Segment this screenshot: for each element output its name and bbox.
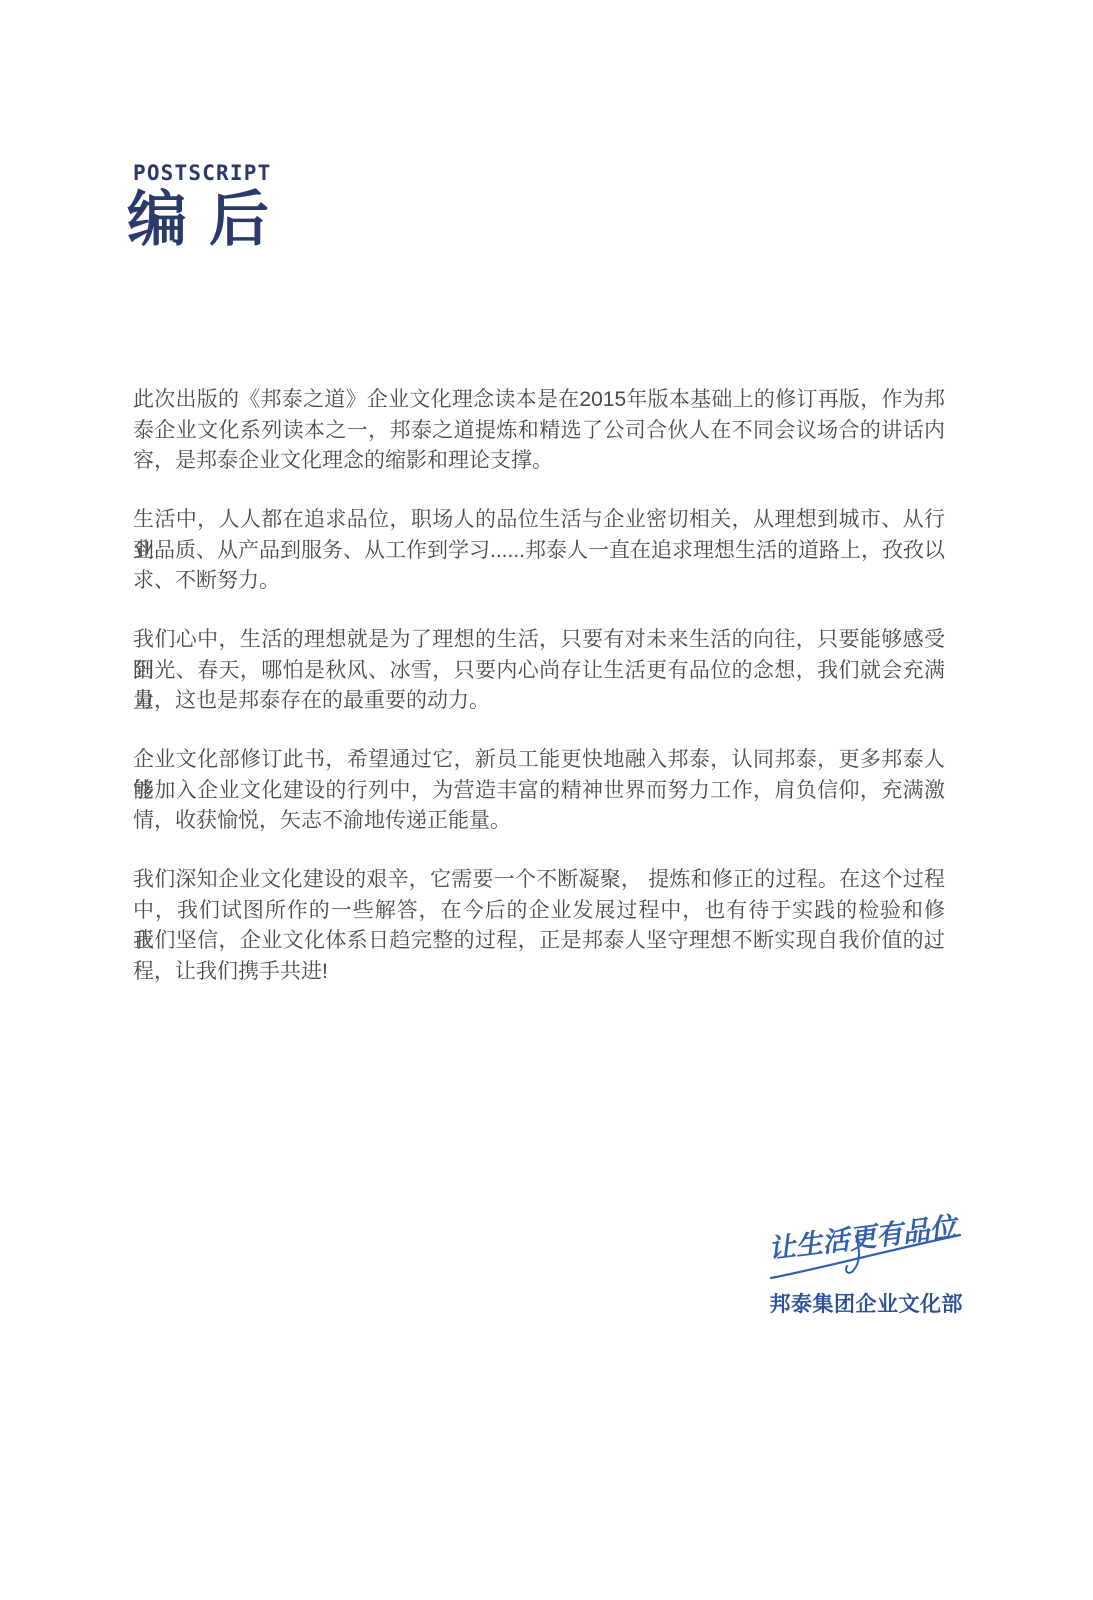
paragraph: 企业文化部修订此书，希望通过它，新员工能更快地融入邦泰，认同邦泰，更多邦泰人能够… bbox=[133, 745, 945, 837]
document-page: POSTSCRIPT 编后 此次出版的《邦泰之道》企业文化理念读本是在2015年… bbox=[0, 0, 1093, 1600]
paragraph-line: 程，让我们携手共进! bbox=[133, 957, 945, 988]
paragraph-line: 量，这也是邦泰存在的最重要的动力。 bbox=[133, 686, 945, 717]
body-paragraphs: 此次出版的《邦泰之道》企业文化理念读本是在2015年版本基础上的修订再版，作为邦… bbox=[133, 385, 945, 987]
signature-script-icon: 让生活更有品位 bbox=[763, 1190, 965, 1290]
paragraph-line: 此次出版的《邦泰之道》企业文化理念读本是在2015年版本基础上的修订再版，作为邦 bbox=[133, 385, 945, 416]
paragraph-line: 容，是邦泰企业文化理念的缩影和理论支撑。 bbox=[133, 446, 945, 477]
paragraph: 此次出版的《邦泰之道》企业文化理念读本是在2015年版本基础上的修订再版，作为邦… bbox=[133, 385, 945, 477]
paragraph-line: 泰企业文化系列读本之一，邦泰之道提炼和精选了公司合伙人在不同会议场合的讲话内 bbox=[133, 416, 945, 447]
page-title: 编后 bbox=[127, 182, 291, 257]
paragraph-line: 到品质、从产品到服务、从工作到学习......邦泰人一直在追求理想生活的道路上，… bbox=[133, 536, 945, 567]
paragraph-line: 阳光、春天，哪怕是秋风、冰雪，只要内心尚存让生活更有品位的念想，我们就会充满力 bbox=[133, 656, 945, 687]
paragraph-line: 中，我们试图所作的一些解答，在今后的企业发展过程中，也有待于实践的检验和修正。 bbox=[133, 896, 945, 927]
paragraph-line: 生活中，人人都在追求品位，职场人的品位生活与企业密切相关，从理想到城市、从行业 bbox=[133, 505, 945, 536]
paragraph-line: 我们深知企业文化建设的艰辛，它需要一个不断凝聚， 提炼和修正的过程。在这个过程 bbox=[133, 865, 945, 896]
paragraph: 生活中，人人都在追求品位，职场人的品位生活与企业密切相关，从理想到城市、从行业到… bbox=[133, 505, 945, 597]
paragraph-line: 情，收获愉悦，矢志不渝地传递正能量。 bbox=[133, 806, 945, 837]
paragraph: 我们心中，生活的理想就是为了理想的生活，只要有对未来生活的向往，只要能够感受到阳… bbox=[133, 625, 945, 717]
paragraph-line: 求、不断努力。 bbox=[133, 566, 945, 597]
paragraph-line: 企业文化部修订此书，希望通过它，新员工能更快地融入邦泰，认同邦泰，更多邦泰人能 bbox=[133, 745, 945, 776]
handwritten-signature: 让生活更有品位 bbox=[763, 1190, 965, 1290]
paragraph-line: 我们坚信，企业文化体系日趋完整的过程，正是邦泰人坚守理想不断实现自我价值的过 bbox=[133, 926, 945, 957]
paragraph: 我们深知企业文化建设的艰辛，它需要一个不断凝聚， 提炼和修正的过程。在这个过程中… bbox=[133, 865, 945, 987]
department-name: 邦泰集团企业文化部 bbox=[763, 1288, 963, 1318]
paragraph-line: 我们心中，生活的理想就是为了理想的生活，只要有对未来生活的向往，只要能够感受到 bbox=[133, 625, 945, 656]
paragraph-line: 够加入企业文化建设的行列中，为营造丰富的精神世界而努力工作，肩负信仰，充满激 bbox=[133, 776, 945, 807]
